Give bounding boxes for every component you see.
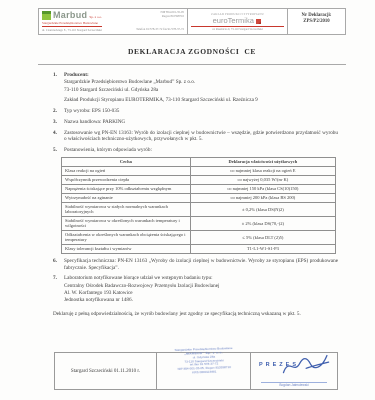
nazwa-handlowa-text: Nazwa handlowa: PARKING — [64, 119, 338, 126]
item-specyfikacja: 6. Specyfikacja techniczna: PN-EN 13163 … — [53, 258, 338, 272]
table-row: Klasy tolerancji kształtu i wymiarówT1-L… — [62, 244, 336, 253]
signature-icon — [276, 350, 337, 384]
producent-line2: 73-110 Stargard Szczeciński ul. Gdyńska … — [64, 87, 338, 94]
marbud-regon: Regon 810598710 — [136, 15, 184, 19]
producent-label: Producent: — [64, 72, 338, 79]
item-number: 6. — [53, 258, 61, 272]
cecha-cell: Współczynnik przewodzenia ciepła — [62, 175, 191, 184]
value-cell: co najmniej klasa reakcji na ogień E — [190, 166, 335, 175]
item-number: 4. — [53, 130, 61, 144]
item-number: 1. — [53, 72, 61, 104]
item-number: 7. — [53, 275, 61, 304]
signature-block: Stargard Szczeciński 01.11.2010 r. Starg… — [54, 352, 338, 390]
item-zastosowanie: 4. Zastosowanie wg PN-EN 13163: Wyrób do… — [53, 130, 338, 144]
marbud-address: ul. Czarnieckiego 8 , 73-110 Stargard Sz… — [42, 28, 102, 32]
marbud-subtitle: Stargardzkie Przedsiębiorstwo Budowlane — [42, 21, 102, 27]
table-row: Wytrzymałość na zginanieco najmniej 200 … — [62, 193, 336, 202]
eurotermika-logo-row: euroTermika — [191, 17, 284, 27]
table-header-row: Cecha Deklaracja właściwości użytkowych — [62, 157, 336, 166]
declaration-number-box: Nr Deklaracji: ZPS/P2/2010 — [287, 9, 345, 34]
table-row: Klasa reakcji na ogieńco najmniej klasa … — [62, 166, 336, 175]
eurotermika-cube-icon — [256, 18, 263, 25]
producent-line3: Zakład Produkcji Styropianu EUROTERMIKA,… — [64, 97, 338, 104]
item-postanowienia: 5. Postanowienia, którym odpowiada wyrób… — [53, 147, 338, 154]
laboratorium-label: Laboratorium notyfikowane biorące udział… — [64, 275, 338, 282]
value-cell: T1-L1-W1-S1-P3 — [190, 244, 335, 253]
producent-line1: Stargardzkie Przedsiębiorstwo Budowlane … — [64, 79, 338, 86]
value-cell: ± 0,2% (klasa DS(N)2) — [190, 202, 335, 216]
item-typ-wyrobu: 2. Typ wyrobu: EPS 150-035 — [53, 108, 338, 115]
postanowienia-label: Postanowienia, którym odpowiada wyrób: — [64, 147, 338, 154]
laboratorium-line2: Al. W. Korfantego 193 Katowice — [64, 290, 338, 297]
item-number: 2. — [53, 108, 61, 115]
col-header-cecha: Cecha — [62, 157, 191, 166]
item-laboratorium: 7. Laboratorium notyfikowane biorące udz… — [53, 275, 338, 304]
company-stamp-cell: Stargardzkie Przedsiębiorstwo Budowlane … — [157, 353, 251, 389]
eurotermika-letterhead: ZAKŁAD PRODUKCJI STYROPIANU euroTermika … — [187, 9, 287, 34]
president-signature-cell: PREZES Bogdan Jatmulewski — [251, 353, 337, 389]
conformity-statement: Deklaruję z pełną odpowiedzialnością, że… — [53, 311, 338, 318]
item-number: 3. — [53, 119, 61, 126]
cecha-cell: Odkształcenia w określonych warunkach ob… — [62, 230, 191, 244]
marbud-phone: Telefon 91/578-37-72 fax 91/578-37-72 — [136, 28, 184, 32]
marbud-brand-suffix: Sp. z o.o. — [89, 16, 102, 20]
col-header-deklaracja: Deklaracja właściwości użytkowych — [190, 157, 335, 166]
cecha-cell: Klasy tolerancji kształtu i wymiarów — [62, 244, 191, 253]
signer-name: Bogdan Jatmulewski — [261, 382, 327, 388]
cecha-cell: Naprężenia ściskające przy 10% odkształc… — [62, 184, 191, 193]
cecha-cell: Stabilność wymiarowa w stałych normalnyc… — [62, 202, 191, 216]
cecha-cell: Stabilność wymiarowa w określonych warun… — [62, 216, 191, 230]
eurotermika-address: ul. Rzeźnicza 9, 73-110 Stargard Szczeci… — [191, 28, 284, 31]
company-stamp: Stargardzkie Przedsiębiorstwo Budowlane … — [148, 346, 259, 377]
specyfikacja-text: Specyfikacja techniczna: PN-EN 13163 „Wy… — [64, 258, 338, 272]
place-and-date: Stargard Szczeciński 01.11.2010 r. — [55, 353, 157, 389]
document-body: 1. Producent: Stargardzkie Przedsiębiors… — [38, 65, 346, 352]
properties-table: Cecha Deklaracja właściwości użytkowych … — [61, 157, 336, 254]
cecha-cell: Wytrzymałość na zginanie — [62, 193, 191, 202]
scanned-document-page: Marbud Sp. z o.o. Stargardzkie Przedsięb… — [0, 0, 375, 400]
table-row: Współczynnik przewodzenia ciepłaco najwy… — [62, 175, 336, 184]
zastosowanie-text: Zastosowanie wg PN-EN 13163: Wyrób do iz… — [64, 130, 338, 144]
marbud-logo-icon — [42, 11, 51, 20]
eurotermika-brand: euroTermika — [213, 17, 254, 25]
marbud-brand: Marbud — [53, 11, 87, 20]
cecha-cell: Klasa reakcji na ogień — [62, 166, 191, 175]
document-title: DEKLARACJA ZGODNOŚCI CE — [128, 47, 256, 56]
marbud-logo-row: Marbud Sp. z o.o. — [42, 11, 102, 20]
table-row: Stabilność wymiarowa w określonych warun… — [62, 216, 336, 230]
item-number: 5. — [53, 147, 61, 154]
declaration-number-value: ZPS/P2/2010 — [291, 19, 342, 24]
item-nazwa-handlowa: 3. Nazwa handlowa: PARKING — [53, 119, 338, 126]
value-cell: co najmniej 200 kPa (klasa BS 200) — [190, 193, 335, 202]
value-cell: ≤ 5% (klasa DLT (2)5) — [190, 230, 335, 244]
table-row: Naprężenia ściskające przy 10% odkształc… — [62, 184, 336, 193]
document-header: Marbud Sp. z o.o. Stargardzkie Przedsięb… — [38, 8, 346, 35]
laboratorium-line3: Jednostka notyfikowana nr 1486. — [64, 297, 338, 304]
marbud-identity: Marbud Sp. z o.o. Stargardzkie Przedsięb… — [42, 11, 102, 32]
typ-wyrobu-text: Typ wyrobu: EPS 150-035 — [64, 108, 338, 115]
marbud-contact-block: NIP 854-001-35-05 Regon 810598710 Telefo… — [136, 11, 184, 32]
title-row: DEKLARACJA ZGODNOŚCI CE — [38, 35, 346, 65]
declaration-document: Marbud Sp. z o.o. Stargardzkie Przedsięb… — [38, 8, 346, 394]
value-cell: ± 2% (klasa DS(70,-)2) — [190, 216, 335, 230]
marbud-letterhead: Marbud Sp. z o.o. Stargardzkie Przedsięb… — [39, 9, 187, 34]
value-cell: co najmniej 150 kPa (klasa CS(10)150) — [190, 184, 335, 193]
declaration-number-label: Nr Deklaracji: — [291, 13, 342, 18]
table-row: Odkształcenia w określonych warunkach ob… — [62, 230, 336, 244]
table-row: Stabilność wymiarowa w stałych normalnyc… — [62, 202, 336, 216]
value-cell: co najwyżej 0,035 W/(m·K) — [190, 175, 335, 184]
laboratorium-line1: Centralny Ośrodek Badawczo-Rozwojowy Prz… — [64, 283, 338, 290]
item-producent: 1. Producent: Stargardzkie Przedsiębiors… — [53, 72, 338, 104]
